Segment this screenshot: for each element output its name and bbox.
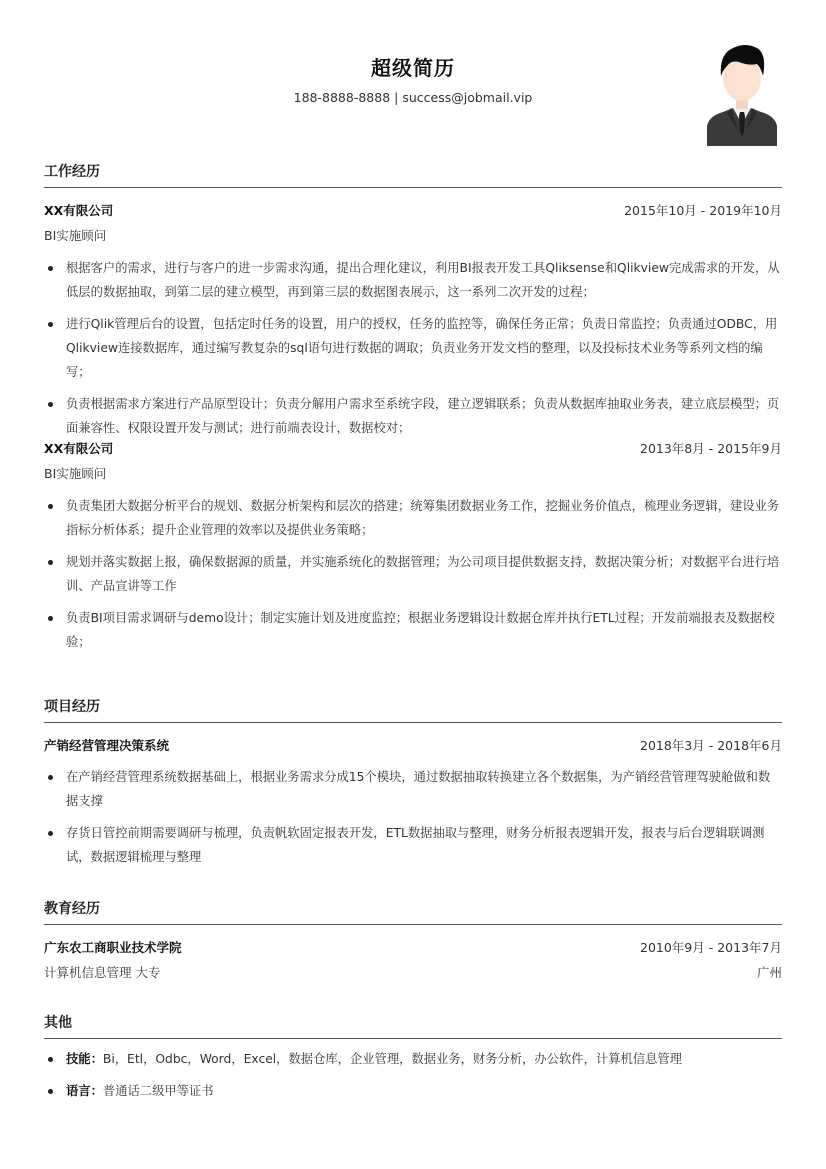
bullet-list: 负责集团大数据分析平台的规划、数据分析架构和层次的搭建；统筹集团数据业务工作，挖… <box>44 494 782 654</box>
job-title: BI实施顾问 <box>44 464 106 484</box>
project-name: 产销经营管理决策系统 <box>44 736 169 754</box>
section-education: 教育经历 广东农工商职业技术学院 2010年9月 - 2013年7月 计算机信息… <box>44 899 782 983</box>
education-entry: 广东农工商职业技术学院 2010年9月 - 2013年7月 计算机信息管理 大专… <box>44 937 782 983</box>
list-item: 负责BI项目需求调研与demo设计；制定实施计划及进度监控；根据业务逻辑设计数据… <box>44 606 782 654</box>
skills-label: 技能： <box>66 1052 103 1066</box>
section-title: 项目经历 <box>44 697 782 723</box>
date-range: 2018年3月 - 2018年6月 <box>640 736 782 754</box>
date-range: 2015年10月 - 2019年10月 <box>624 201 782 219</box>
list-item: 根据客户的需求，进行与客户的进一步需求沟通，提出合理化建议，利用BI报表开发工具… <box>44 256 782 304</box>
male-avatar-icon <box>705 40 779 146</box>
contact-line: 188-8888-8888 | success@jobmail.vip <box>44 90 782 105</box>
skills-value: Bi，Etl，Odbc，Word，Excel，数据仓库，企业管理，数据业务，财务… <box>103 1052 682 1066</box>
company-name: XX有限公司 <box>44 439 113 457</box>
list-item: 规划并落实数据上报，确保数据源的质量，并实施系统化的数据管理；为公司项目提供数据… <box>44 550 782 598</box>
bullet-list: 在产销经营管理系统数据基础上，根据业务需求分成15个模块，通过数据抽取转换建立各… <box>44 765 782 869</box>
list-item: 在产销经营管理系统数据基础上，根据业务需求分成15个模块，通过数据抽取转换建立各… <box>44 765 782 813</box>
school-name: 广东农工商职业技术学院 <box>44 938 182 956</box>
list-item: 负责根据需求方案进行产品原型设计；负责分解用户需求至系统字段，建立逻辑联系；负责… <box>44 392 782 440</box>
work-entry: XX有限公司 2013年8月 - 2015年9月 BI实施顾问 负责集团大数据分… <box>44 438 782 654</box>
language-label: 语言： <box>66 1084 103 1098</box>
phone-number: 188-8888-8888 <box>294 90 391 105</box>
contact-separator: | <box>394 90 398 105</box>
language-value: 普通话二级甲等证书 <box>103 1084 214 1098</box>
resume-header: 超级简历 188-8888-8888 | success@jobmail.vip <box>44 0 782 150</box>
list-item: 负责集团大数据分析平台的规划、数据分析架构和层次的搭建；统筹集团数据业务工作，挖… <box>44 494 782 542</box>
work-entry: XX有限公司 2015年10月 - 2019年10月 BI实施顾问 根据客户的需… <box>44 200 782 440</box>
section-other: 其他 技能：Bi，Etl，Odbc，Word，Excel，数据仓库，企业管理，数… <box>44 1013 782 1111</box>
project-entry: 产销经营管理决策系统 2018年3月 - 2018年6月 在产销经营管理系统数据… <box>44 735 782 869</box>
company-name: XX有限公司 <box>44 201 113 219</box>
section-title: 工作经历 <box>44 162 782 188</box>
bullet-list: 技能：Bi，Etl，Odbc，Word，Excel，数据仓库，企业管理，数据业务… <box>44 1047 782 1103</box>
major-degree: 计算机信息管理 大专 <box>44 963 160 983</box>
candidate-name: 超级简历 <box>44 52 782 81</box>
date-range: 2013年8月 - 2015年9月 <box>640 439 782 457</box>
location: 广州 <box>757 963 782 983</box>
section-title: 其他 <box>44 1013 782 1039</box>
date-range: 2010年9月 - 2013年7月 <box>640 938 782 956</box>
list-item: 进行Qlik管理后台的设置，包括定时任务的设置，用户的授权，任务的监控等，确保任… <box>44 312 782 384</box>
list-item-skills: 技能：Bi，Etl，Odbc，Word，Excel，数据仓库，企业管理，数据业务… <box>44 1047 782 1071</box>
section-title: 教育经历 <box>44 899 782 925</box>
job-title: BI实施顾问 <box>44 226 106 246</box>
list-item-language: 语言：普通话二级甲等证书 <box>44 1079 782 1103</box>
avatar <box>705 40 779 146</box>
list-item: 存货日管控前期需要调研与梳理，负责帆软固定报表开发，ETL数据抽取与整理，财务分… <box>44 821 782 869</box>
section-work-experience: 工作经历 XX有限公司 2015年10月 - 2019年10月 BI实施顾问 根… <box>44 162 782 662</box>
section-projects: 项目经历 产销经营管理决策系统 2018年3月 - 2018年6月 在产销经营管… <box>44 697 782 877</box>
resume-page: 超级简历 188-8888-8888 | success@jobmail.vip <box>44 0 782 150</box>
bullet-list: 根据客户的需求，进行与客户的进一步需求沟通，提出合理化建议，利用BI报表开发工具… <box>44 256 782 440</box>
email-address: success@jobmail.vip <box>402 90 532 105</box>
